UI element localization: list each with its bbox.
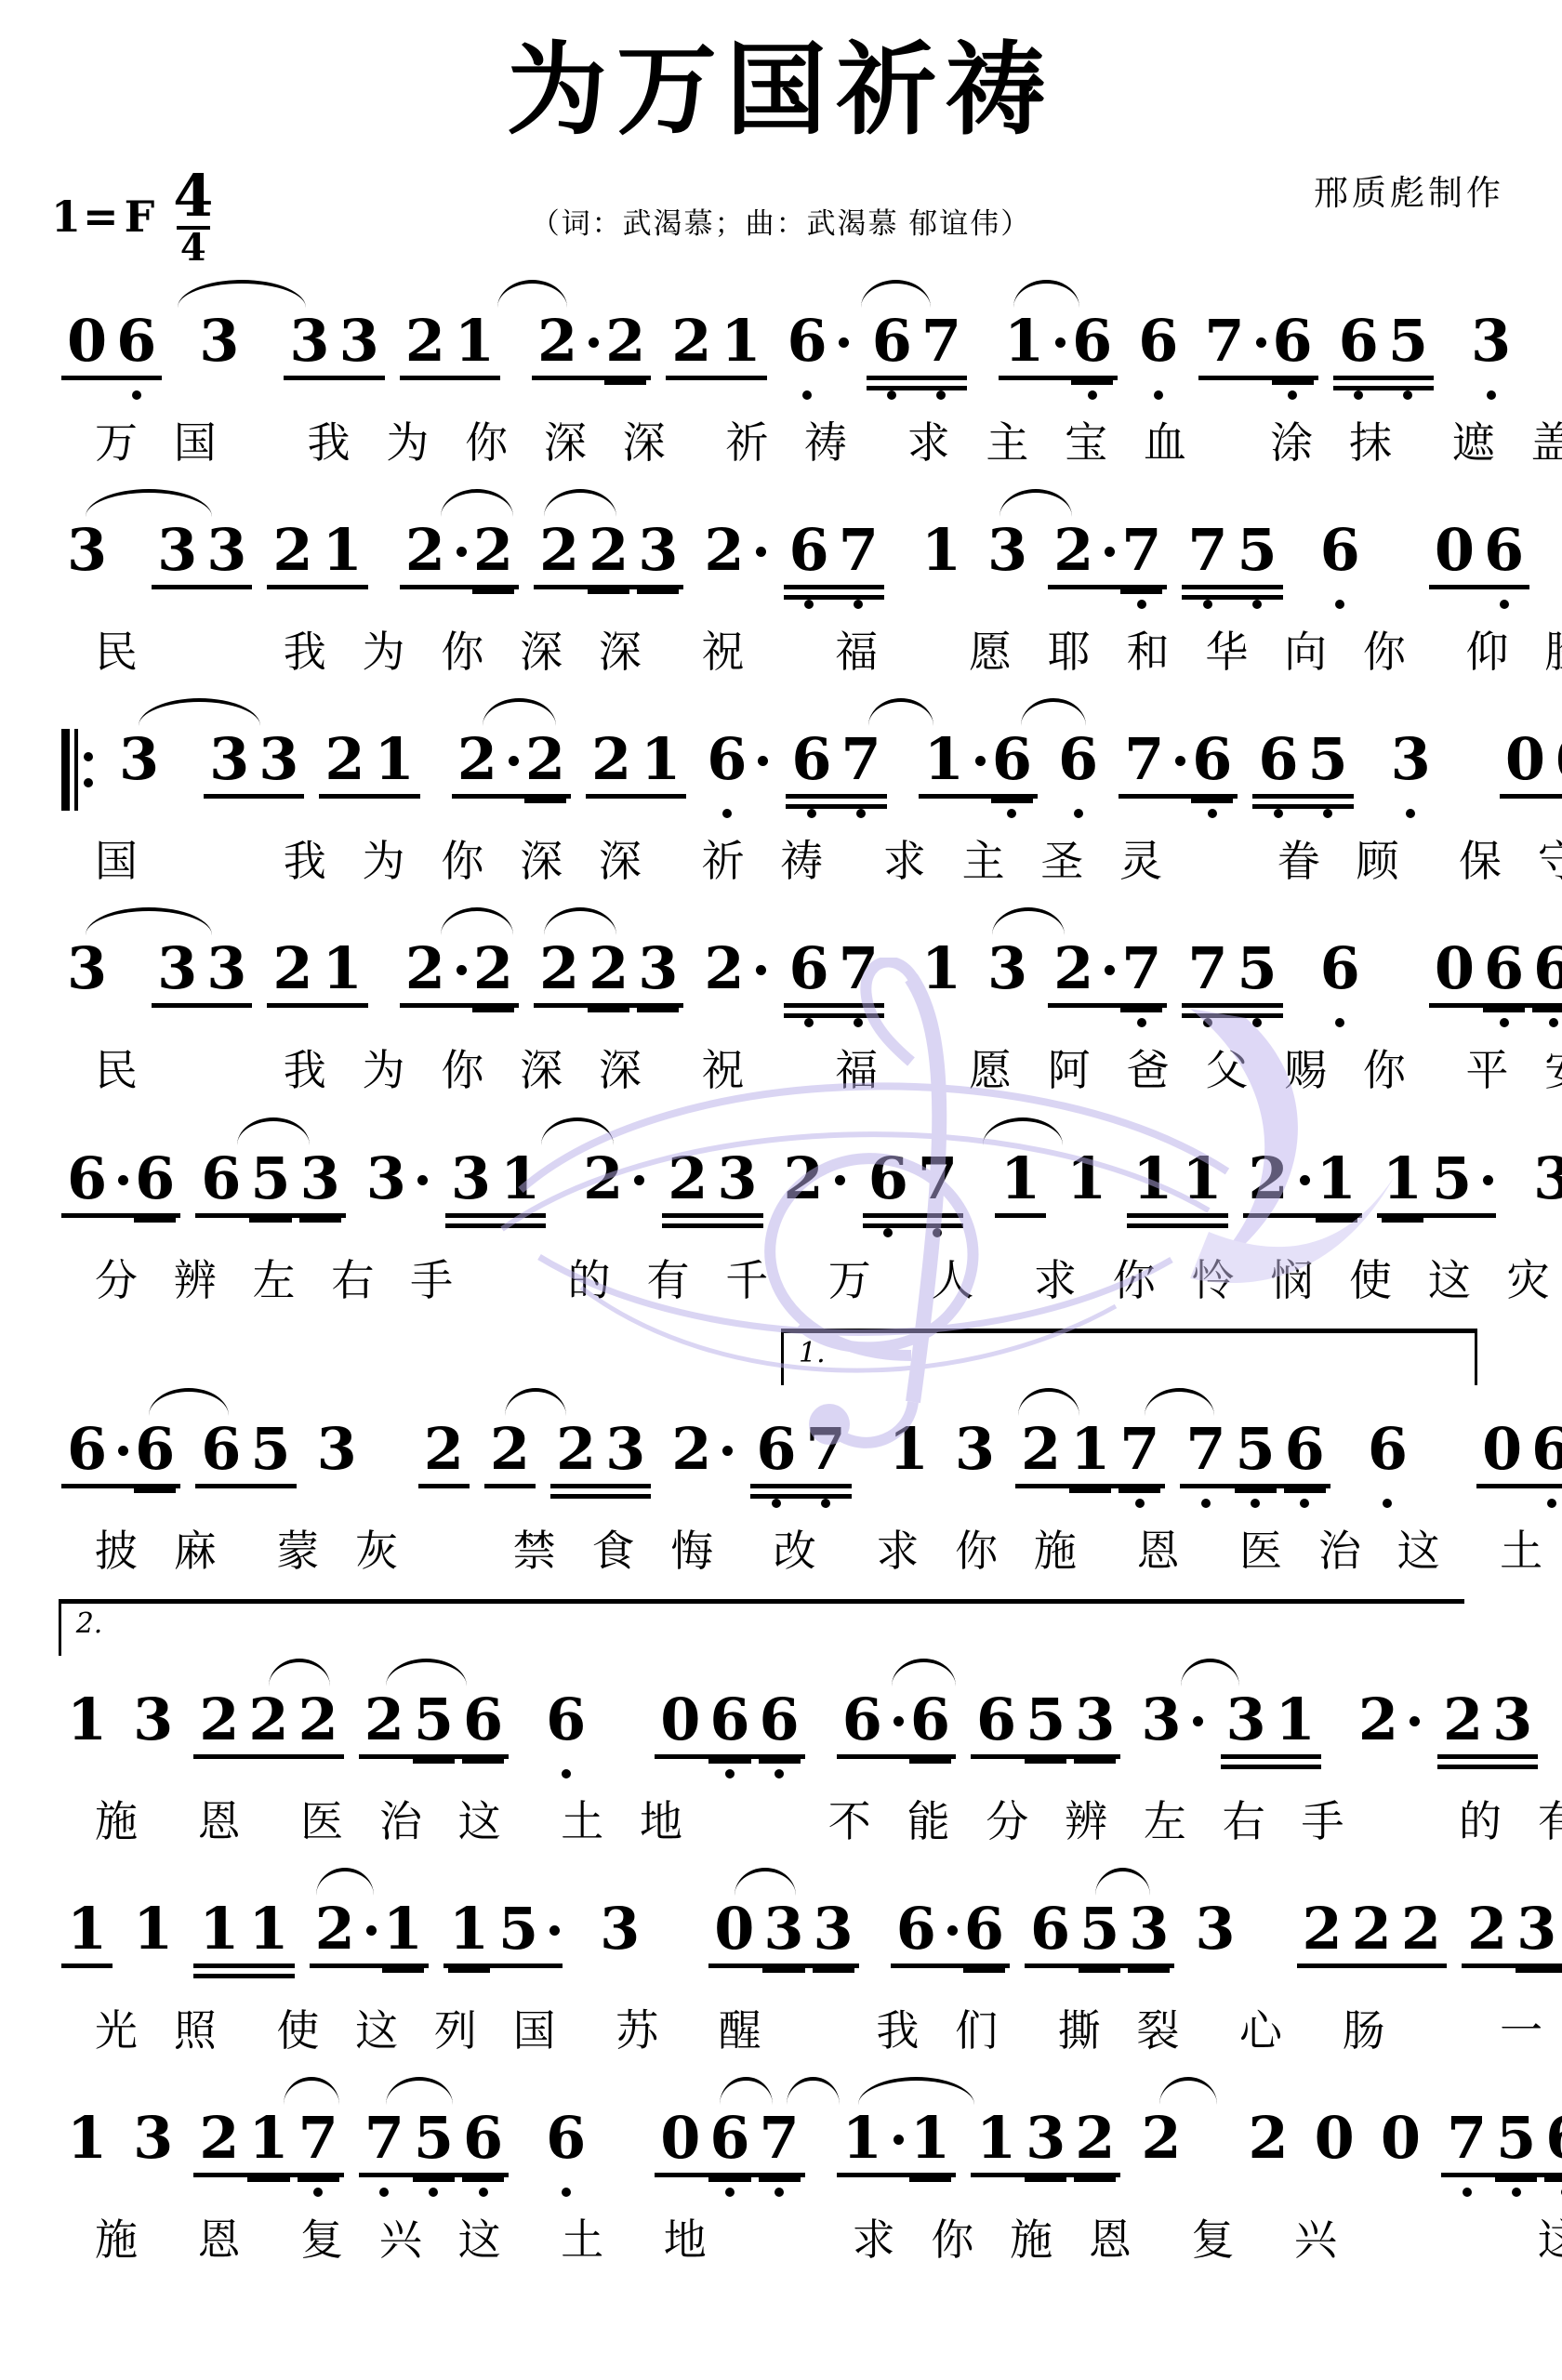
- note: 5: [245, 1149, 295, 1209]
- note: 0: [1430, 939, 1479, 998]
- note: 2: [535, 521, 584, 580]
- note-number: 3: [1124, 1899, 1173, 1959]
- beam-group: 3: [1133, 1690, 1207, 1774]
- note-number: 3: [759, 1899, 808, 1959]
- note-number: 6: [1280, 1420, 1330, 1479]
- note: 6: [1253, 730, 1303, 789]
- note: 2: [453, 730, 521, 789]
- lyrics-line: 披 麻 蒙 灰 禁 食 悔 改 求 你 施 恩 医 治 这 土 地 万: [54, 1526, 1508, 1577]
- beam-group: 756: [1439, 2109, 1562, 2192]
- slur-arc: [139, 698, 260, 726]
- beam-group: 67: [748, 1420, 853, 1503]
- beam-group: 1: [993, 1149, 1048, 1233]
- duration-dot: [1175, 756, 1185, 766]
- note-number: 2: [469, 939, 518, 998]
- note-number: 1: [972, 2109, 1021, 2168]
- note: 3: [205, 730, 254, 789]
- low-octave-dot: [774, 1769, 784, 1778]
- note: 6: [1550, 730, 1562, 789]
- note: 3: [1386, 730, 1436, 789]
- note-number: 2: [1049, 521, 1098, 580]
- note: 7: [1181, 1420, 1230, 1479]
- note: 6: [130, 1420, 179, 1479]
- note-number: 2: [1298, 1899, 1347, 1959]
- note-number: 2: [779, 1149, 828, 1209]
- beam-group: 22: [530, 311, 653, 395]
- low-octave-dot: [807, 809, 816, 818]
- note-number: 3: [983, 939, 1032, 998]
- note-number: 1: [716, 311, 765, 371]
- note: 3: [1222, 1690, 1271, 1750]
- page-title: 为万国祈祷: [0, 35, 1562, 146]
- note-number: 6: [196, 1149, 245, 1209]
- note-number: 6: [1550, 730, 1562, 789]
- beam-group: 75: [1180, 521, 1284, 604]
- low-octave-dot: [479, 2188, 488, 2197]
- note: 3: [950, 1420, 999, 1479]
- beam-group: 067: [653, 2109, 806, 2192]
- notes-row: 66653222326713217756606: [54, 1388, 1508, 1503]
- beam-group: 6: [780, 311, 854, 395]
- repeat-dot: [84, 752, 93, 761]
- score: 063332122216671667665306万 国 我 为 你 深 深 祈 …: [0, 271, 1562, 2267]
- note: 6: [867, 311, 917, 371]
- note: 7: [755, 2109, 804, 2168]
- slur-arc: [386, 2077, 453, 2105]
- note: 3: [759, 1899, 808, 1959]
- note-number: 3: [1021, 2109, 1070, 2168]
- music-line: 3332122216671667665306国 我 为 你 深 深 祈 祷 求 …: [54, 698, 1508, 887]
- slur-arc: [541, 1117, 614, 1145]
- note: 2: [584, 939, 633, 998]
- beam-group: 2: [1241, 2109, 1296, 2192]
- note: 6: [972, 1690, 1021, 1750]
- duration-dot: [549, 1925, 560, 1936]
- note-number: 3: [285, 311, 334, 371]
- slur-arc: [441, 489, 513, 517]
- note-number: 1: [636, 730, 685, 789]
- note: 7: [1183, 521, 1232, 580]
- note-number: 1: [917, 939, 966, 998]
- volta-bracket: 2.: [59, 1599, 1464, 1656]
- note-number: 1: [370, 730, 419, 789]
- notes-row: 11112115303366653322223267: [54, 1868, 1508, 1983]
- note-number: 1: [1066, 1420, 1115, 1479]
- note-number: 2: [578, 1149, 628, 1209]
- note-number: 2: [584, 939, 633, 998]
- low-octave-dot: [1203, 1018, 1212, 1027]
- slur-arc: [1021, 698, 1086, 726]
- duration-dot: [457, 547, 467, 557]
- note: 3: [362, 1149, 430, 1209]
- low-octave-dot: [887, 390, 896, 400]
- lyrics-line: 民 我 为 你 深 深 祝 福 愿 耶 和 华 向 你 仰 脸 万: [54, 627, 1508, 678]
- lyrics-line: 光 照 使 这 列 国 苏 醒 我 们 撕 裂 心 肠 一 心 归 向 你 求 …: [54, 2005, 1508, 2056]
- slur-arc: [992, 907, 1065, 935]
- note: 1: [62, 1690, 112, 1750]
- note-number: 3: [809, 1899, 858, 1959]
- note-number: 2: [401, 311, 450, 371]
- note-number: 0: [1501, 730, 1550, 789]
- low-octave-dot: [854, 1018, 863, 1027]
- duration-dot: [366, 1925, 377, 1936]
- note: 6: [1529, 939, 1562, 998]
- note: 2: [521, 730, 570, 789]
- note: 6: [1316, 939, 1365, 998]
- note: 1: [884, 1420, 933, 1479]
- note-number: 2: [533, 311, 582, 371]
- beam-group: 6: [1051, 730, 1105, 813]
- slur-arc: [892, 1659, 956, 1686]
- beam-group: 16: [917, 730, 1039, 813]
- note-number: 2: [268, 521, 317, 580]
- note: 7: [913, 1149, 962, 1209]
- note: 6: [1067, 311, 1117, 371]
- beam-group: 756: [1178, 1420, 1331, 1503]
- note-number: 6: [458, 1690, 508, 1750]
- low-octave-dot: [1323, 809, 1332, 818]
- low-octave-dot: [1354, 390, 1363, 400]
- note: 2: [779, 1149, 847, 1209]
- note: 2: [419, 1420, 469, 1479]
- thick-bar: [61, 729, 70, 811]
- note: 3: [1136, 1690, 1204, 1750]
- note-number: 1: [244, 1899, 293, 1959]
- low-octave-dot: [821, 1499, 830, 1508]
- note-number: 2: [1347, 1899, 1397, 1959]
- note-number: 1: [318, 939, 367, 998]
- low-octave-dot: [1335, 1018, 1344, 1027]
- slur-arc: [497, 280, 567, 308]
- slur-arc: [269, 1659, 330, 1686]
- note: 6: [785, 521, 834, 580]
- note: 2: [294, 1690, 343, 1750]
- beam-group: 6: [538, 1690, 593, 1774]
- note: 3: [62, 521, 112, 580]
- note-number: 7: [755, 2109, 804, 2168]
- note-number: 6: [705, 2109, 754, 2168]
- note: 3: [1529, 1149, 1562, 1209]
- note-number: 6: [1268, 311, 1317, 371]
- note-number: 3: [712, 1149, 761, 1209]
- beam-group: 3: [310, 1420, 364, 1503]
- note-number: 6: [1053, 730, 1103, 789]
- beam-group: 31: [1219, 1690, 1323, 1774]
- note-number: 2: [294, 1690, 343, 1750]
- slur-arc: [237, 1117, 310, 1145]
- note: 3: [809, 1899, 858, 1959]
- note-number: 1: [1177, 1149, 1226, 1209]
- note-number: 6: [458, 2109, 508, 2168]
- note: 0: [1477, 1420, 1527, 1479]
- note-number: 1: [62, 2109, 112, 2168]
- note: 1: [1066, 1420, 1115, 1479]
- low-octave-dot: [1463, 2188, 1472, 2197]
- note-number: 6: [960, 1899, 1009, 1959]
- note: 6: [785, 939, 834, 998]
- beam-group: 217: [1013, 1420, 1167, 1503]
- duration-dot: [722, 1446, 733, 1456]
- note-number: 3: [312, 1420, 362, 1479]
- note: 1: [244, 2109, 293, 2168]
- beam-group: 132: [969, 2109, 1122, 2192]
- beam-group: 066: [1427, 939, 1562, 1023]
- note: 6: [62, 1149, 130, 1209]
- slur-arc: [544, 907, 616, 935]
- note: 7: [1117, 521, 1166, 580]
- note-number: 5: [1383, 311, 1433, 371]
- note-number: 2: [401, 521, 450, 580]
- note-number: 3: [194, 311, 244, 371]
- note-number: 6: [838, 1690, 887, 1750]
- notes-row: 3332122216671667665306: [54, 698, 1508, 813]
- beam-group: 76: [1197, 311, 1319, 395]
- note-number: 1: [999, 311, 1049, 371]
- note: 7: [1442, 2109, 1491, 2168]
- beam-group: 222: [1295, 1899, 1449, 1983]
- note: 3: [152, 939, 202, 998]
- note-number: 5: [1304, 730, 1353, 789]
- notes-row: 063332122216671667665306: [54, 280, 1508, 395]
- note-number: 3: [202, 521, 251, 580]
- note: 3: [1070, 1690, 1119, 1750]
- beam-group: 3: [1526, 1149, 1562, 1233]
- beam-group: 22: [450, 730, 573, 813]
- note: 5: [1021, 1690, 1070, 1750]
- beam-group: 67: [782, 939, 886, 1023]
- repeat-dots: [84, 729, 93, 811]
- note: 6: [783, 311, 851, 371]
- note-number: 6: [1253, 730, 1303, 789]
- beam-group: 217: [192, 2109, 345, 2192]
- note-number: 6: [1316, 521, 1365, 580]
- note: 3: [152, 521, 202, 580]
- slur-arc: [720, 2077, 772, 2105]
- note-number: 5: [1075, 1899, 1124, 1959]
- note-number: 1: [244, 2109, 293, 2168]
- note: 6: [787, 730, 836, 789]
- note: 2: [1016, 1420, 1066, 1479]
- beam-group: 33: [150, 521, 254, 604]
- note-number: 2: [1463, 1899, 1512, 1959]
- note: 0: [655, 2109, 705, 2168]
- note-number: 1: [1062, 1149, 1111, 1209]
- note-number: 6: [785, 939, 834, 998]
- note-number: 2: [1244, 2109, 1293, 2168]
- beam-group: 2: [696, 521, 770, 604]
- beam-group: 3: [592, 1899, 647, 1983]
- beam-group: 67: [865, 311, 969, 395]
- music-line: 66653331223267111121153066分 辨 左 右 手 的 有 …: [54, 1117, 1508, 1306]
- low-octave-dot: [933, 1228, 942, 1237]
- note: 3: [335, 311, 384, 371]
- beam-group: 65: [1331, 311, 1436, 395]
- low-octave-dot: [1383, 1499, 1392, 1508]
- repeat-dot: [84, 778, 93, 787]
- beam-group: 756: [357, 2109, 510, 2192]
- note: 3: [446, 1149, 496, 1209]
- note: 1: [318, 939, 367, 998]
- music-line: 1.66653222326713217756606披 麻 蒙 灰 禁 食 悔 改…: [54, 1327, 1508, 1577]
- note: 2: [194, 2109, 244, 2168]
- note: 6: [1280, 1420, 1330, 1479]
- low-octave-dot: [1252, 1018, 1262, 1027]
- music-line: 3332122223267132775606民 我 为 你 深 深 祝 福 愿 …: [54, 489, 1508, 678]
- note-number: 2: [535, 521, 584, 580]
- lyrics-line: 国 我 为 你 深 深 祈 祷 求 主 圣 灵 眷 顾 保 守 万: [54, 836, 1508, 887]
- note: 6: [1053, 730, 1103, 789]
- note-number: 2: [521, 730, 570, 789]
- music-line: 2.13222256606666653331223267施 恩 医 治 这 土 …: [54, 1597, 1508, 1847]
- note-number: 1: [1271, 1690, 1320, 1750]
- note: 6: [1268, 311, 1317, 371]
- beam-group: 0: [1373, 2109, 1428, 2192]
- note: 1: [972, 2109, 1021, 2168]
- note-number: 7: [1117, 939, 1166, 998]
- slur-arc: [441, 907, 513, 935]
- note: 2: [601, 311, 650, 371]
- beam-group: 653: [1023, 1899, 1176, 1983]
- low-octave-dot: [1208, 809, 1217, 818]
- beam-group: 76: [1117, 730, 1239, 813]
- note: 1: [62, 2109, 112, 2168]
- notes-row: 33321222232671327756066: [54, 907, 1508, 1023]
- note-number: 3: [152, 521, 202, 580]
- note-number: 6: [1479, 521, 1529, 580]
- note-number: 3: [296, 1149, 345, 1209]
- beam-group: 11: [835, 2109, 958, 2192]
- note-number: 2: [1397, 1899, 1446, 1959]
- note: 1: [370, 730, 419, 789]
- note-number: 2: [1438, 1690, 1488, 1750]
- note: 1: [1128, 1149, 1177, 1209]
- note-number: 2: [584, 521, 633, 580]
- note: 6: [1527, 1420, 1562, 1479]
- note: 6: [755, 1690, 804, 1750]
- note: 2: [699, 521, 767, 580]
- low-octave-dot: [802, 390, 812, 400]
- beam-group: 223: [532, 521, 685, 604]
- low-octave-dot: [562, 1769, 571, 1778]
- beam-group: 66: [60, 1420, 182, 1503]
- note: 2: [1049, 521, 1117, 580]
- note-number: 2: [1070, 2109, 1119, 2168]
- music-line: 11112115303366653322223267光 照 使 这 列 国 苏 …: [54, 1868, 1508, 2056]
- note: 3: [254, 730, 303, 789]
- beam-group: 21: [317, 730, 421, 813]
- duration-dot: [894, 1716, 904, 1726]
- note: 3: [285, 311, 334, 371]
- note-number: 2: [535, 939, 584, 998]
- note: 3: [1021, 2109, 1070, 2168]
- note-number: 5: [409, 2109, 458, 2168]
- note-number: 3: [254, 730, 303, 789]
- note: 5: [1233, 939, 1282, 998]
- beam-group: 3: [947, 1420, 1002, 1503]
- slur-arc: [483, 698, 555, 726]
- beam-group: 65: [193, 1420, 298, 1503]
- note-number: 6: [62, 1420, 112, 1479]
- note: 2: [667, 1420, 735, 1479]
- note-number: 2: [663, 1149, 712, 1209]
- lyrics-line: 施 恩 医 治 这 土 地 不 能 分 辨 左 右 手 的 有 千 万 人 求 …: [54, 1796, 1508, 1847]
- note-number: 0: [709, 1899, 759, 1959]
- note: 6: [62, 1420, 130, 1479]
- note: 3: [1488, 1690, 1537, 1750]
- note: 5: [409, 2109, 458, 2168]
- note-number: 6: [864, 1149, 913, 1209]
- beam-group: 27: [1046, 939, 1169, 1023]
- low-octave-dot: [804, 600, 814, 609]
- note-number: 3: [601, 1420, 650, 1479]
- note: 7: [837, 730, 886, 789]
- beam-group: 66: [60, 1149, 182, 1233]
- note-number: 3: [1070, 1690, 1119, 1750]
- low-octave-dot: [1203, 600, 1212, 609]
- note: 6: [1334, 311, 1383, 371]
- slur-arc: [149, 1388, 229, 1416]
- note: 2: [667, 311, 716, 371]
- music-line: 33321222232671327756066民 我 为 你 深 深 祝 福 愿…: [54, 907, 1508, 1096]
- note: 2: [663, 1149, 712, 1209]
- beam-group: 3: [1463, 311, 1518, 395]
- note-number: 2: [667, 311, 716, 371]
- beam-group: 2: [664, 1420, 737, 1503]
- note-number: 6: [1026, 1899, 1075, 1959]
- note-number: 2: [194, 1690, 244, 1750]
- beam-group: 65: [1251, 730, 1355, 813]
- note-number: 2: [587, 730, 636, 789]
- note-number: 3: [1136, 1690, 1185, 1750]
- note: 2: [401, 311, 450, 371]
- note-number: 7: [913, 1149, 962, 1209]
- note: 6: [987, 730, 1037, 789]
- note: 3: [633, 939, 682, 998]
- note: 7: [1115, 1420, 1164, 1479]
- note: 1: [62, 1899, 112, 1959]
- low-octave-dot: [1074, 809, 1083, 818]
- low-octave-dot: [725, 2188, 735, 2197]
- note-number: 3: [595, 1899, 644, 1959]
- slur-arc: [1013, 280, 1079, 308]
- beam-group: 3: [1383, 730, 1438, 813]
- note-number: 6: [112, 311, 161, 371]
- note: 7: [1183, 939, 1232, 998]
- beam-group: 1: [126, 1899, 180, 1983]
- note-number: 6: [1541, 2109, 1562, 2168]
- note-number: 6: [783, 311, 832, 371]
- note-number: 5: [1233, 521, 1282, 580]
- note: 1: [920, 730, 987, 789]
- beam-group: 3: [980, 939, 1035, 1023]
- note: 1: [318, 521, 367, 580]
- note-number: 7: [1183, 521, 1232, 580]
- note-number: 6: [1527, 1420, 1562, 1479]
- beam-group: 2: [1133, 2109, 1188, 2192]
- note: 2: [401, 521, 469, 580]
- note-number: 3: [62, 939, 112, 998]
- note-number: 6: [1529, 939, 1562, 998]
- note: 6: [112, 311, 161, 371]
- note-number: 1: [1128, 1149, 1177, 1209]
- note: 6: [702, 730, 770, 789]
- note: 6: [864, 1149, 913, 1209]
- low-octave-dot: [313, 2188, 323, 2197]
- beam-group: 21: [1241, 1149, 1364, 1233]
- beam-group: 31: [443, 1149, 548, 1233]
- beam-group: 27: [1046, 521, 1169, 604]
- beam-group: 11: [192, 1899, 296, 1983]
